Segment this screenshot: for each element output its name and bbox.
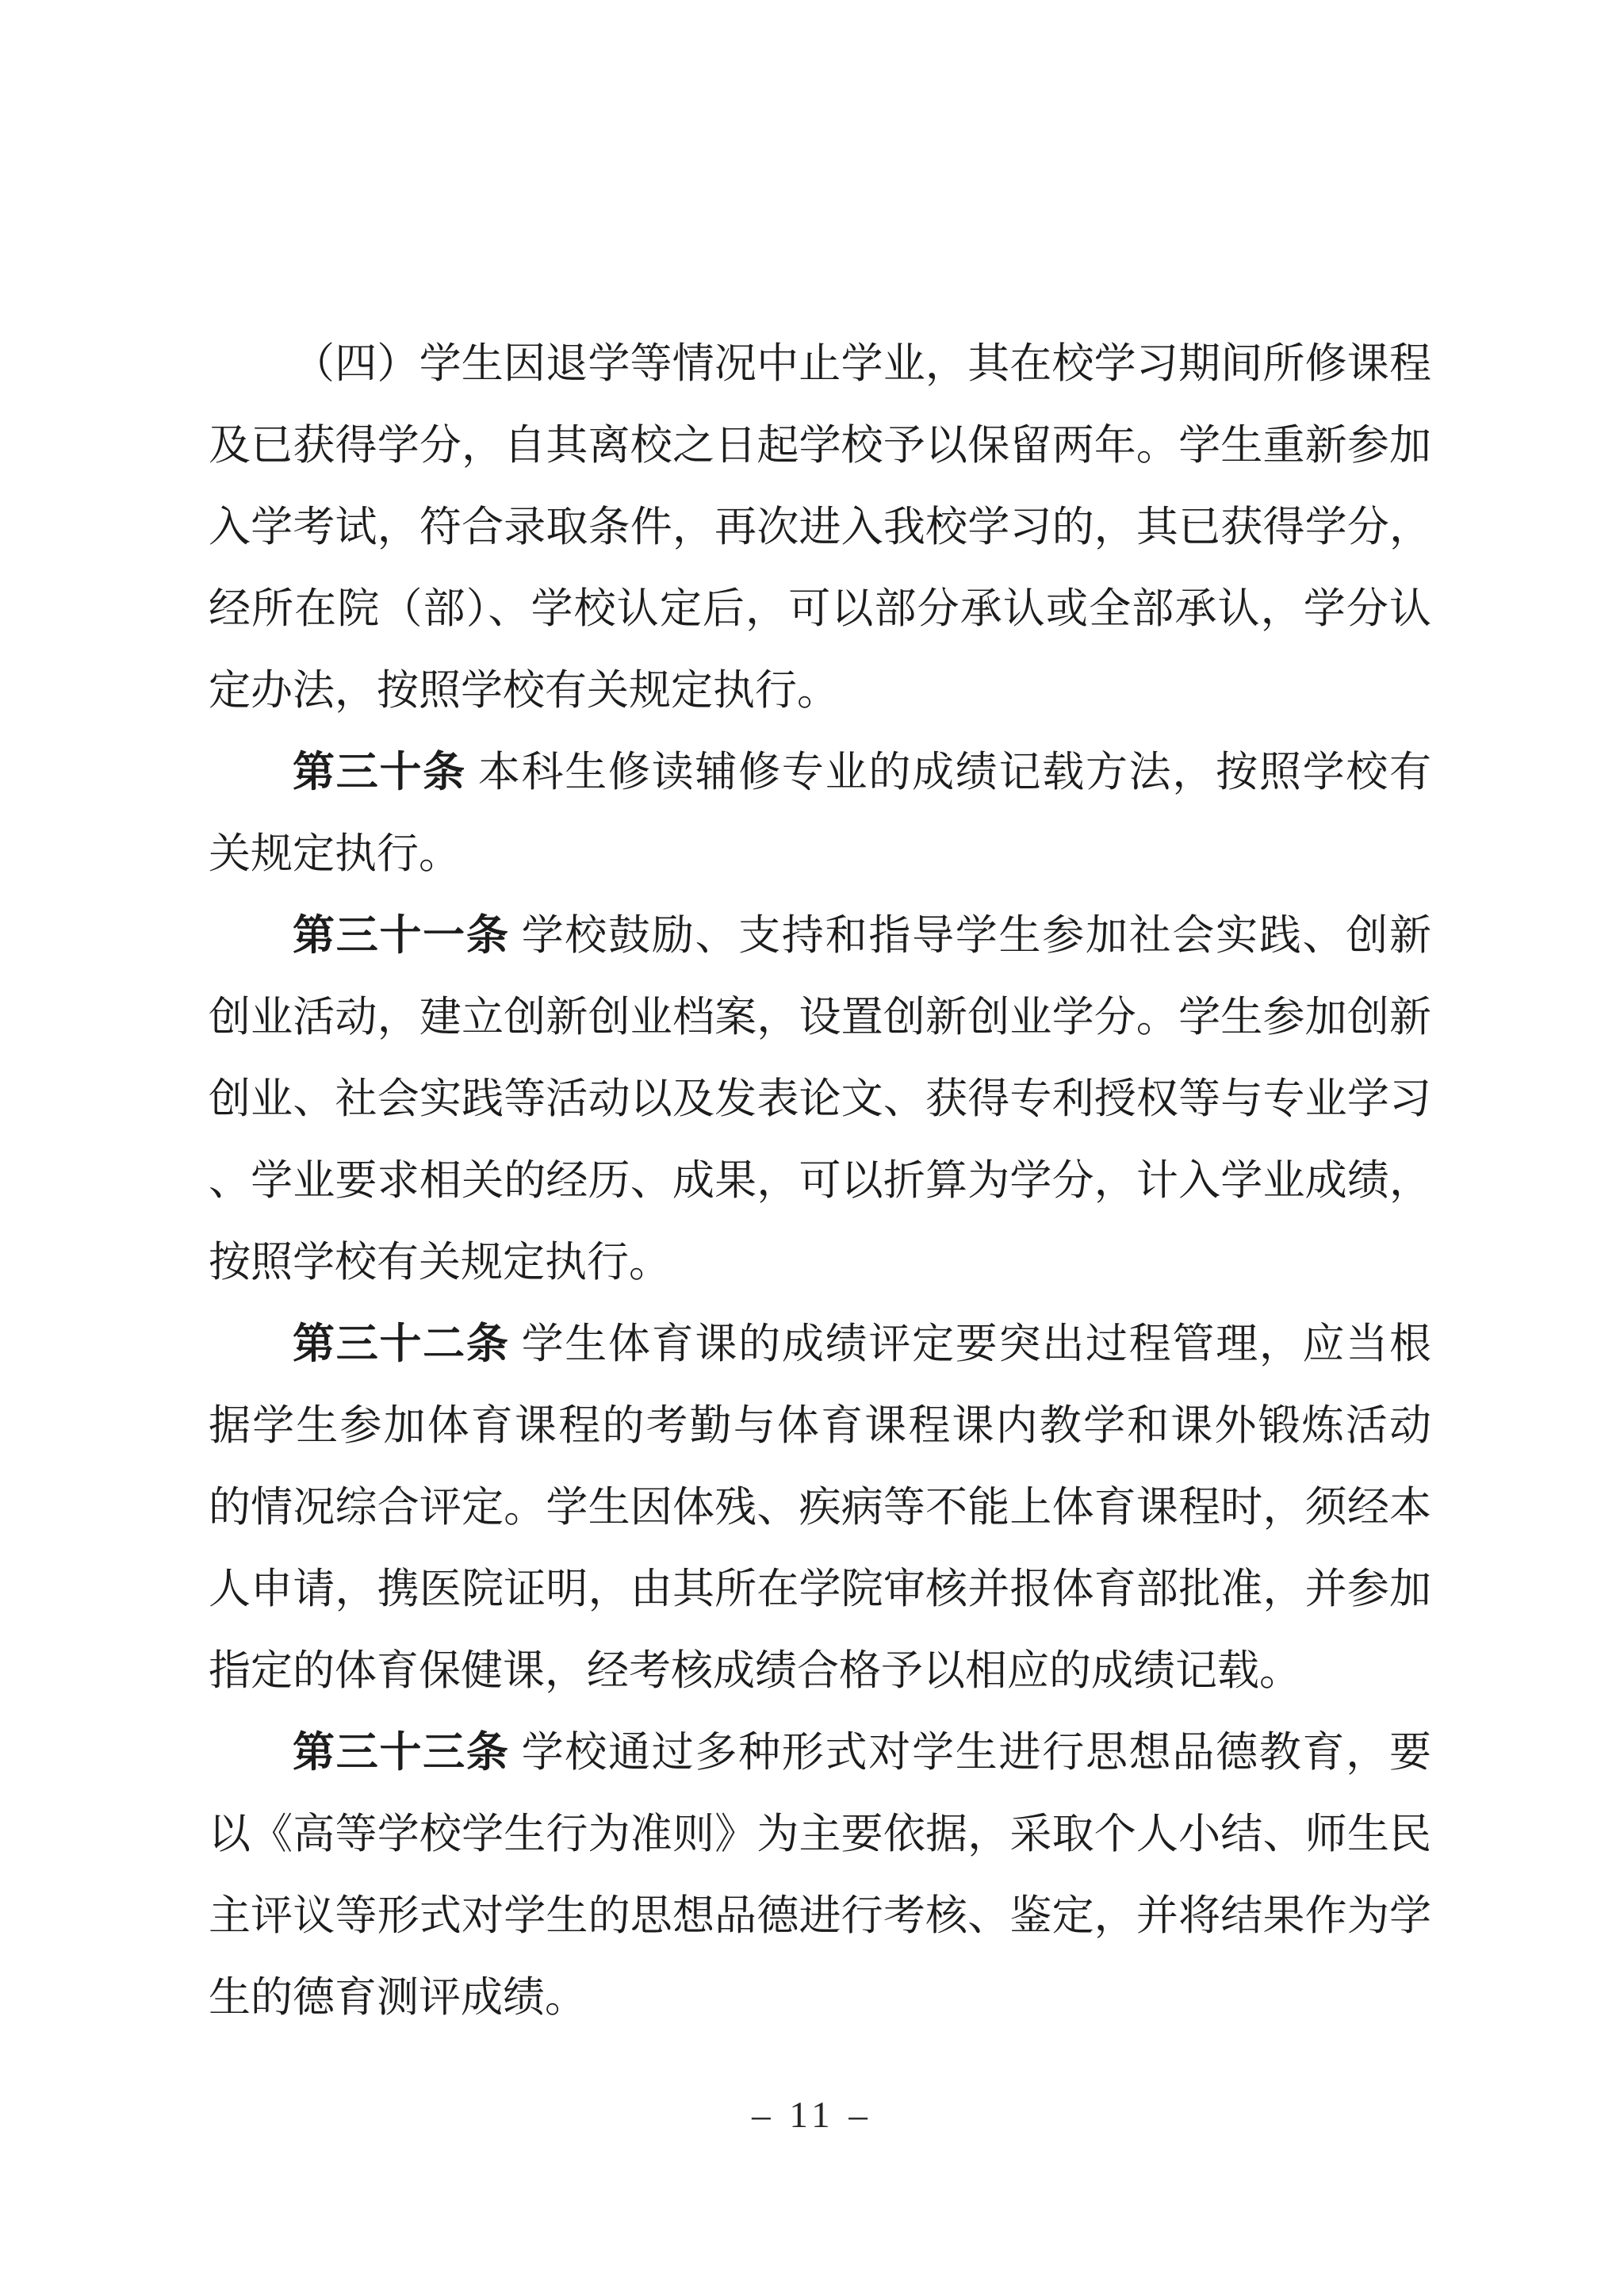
text-line: 及已获得学分，自其离校之日起学校予以保留两年。学生重新参加 xyxy=(209,405,1431,487)
page-number: – 11 – xyxy=(0,2094,1624,2137)
line-text: 关规定执行。 xyxy=(209,831,461,877)
text-line: 经所在院（部）、学校认定后，可以部分承认或全部承认，学分认 xyxy=(209,569,1431,650)
text-line: 创业活动，建立创新创业档案，设置创新创业学分。学生参加创新 xyxy=(209,977,1431,1059)
line-text: 据学生参加体育课程的考勤与体育课程课内教学和课外锻炼活动 xyxy=(209,1403,1431,1449)
line-text: 按照学校有关规定执行。 xyxy=(209,1240,671,1286)
line-text: 人申请，携医院证明，由其所在学院审核并报体育部批准，并参加 xyxy=(209,1566,1431,1612)
document-page: （四）学生因退学等情况中止学业，其在校学习期间所修课程及已获得学分，自其离校之日… xyxy=(0,0,1624,2296)
article-number-label: 第三十三条 xyxy=(293,1730,510,1776)
line-text: 入学考试，符合录取条件，再次进入我校学习的，其已获得学分， xyxy=(209,504,1431,550)
line-text: 以《高等学校学生行为准则》为主要依据，采取个人小结、师生民 xyxy=(209,1811,1431,1857)
line-text: 主评议等形式对学生的思想品德进行考核、鉴定，并将结果作为学 xyxy=(209,1893,1431,1939)
paragraph-clause-4-continuation: （四）学生因退学等情况中止学业，其在校学习期间所修课程及已获得学分，自其离校之日… xyxy=(209,324,1431,732)
text-line: 、学业要求相关的经历、成果，可以折算为学分，计入学业成绩， xyxy=(209,1140,1431,1222)
line-text: 学校通过多种形式对学生进行思想品德教育，要 xyxy=(510,1730,1431,1776)
text-line: 关规定执行。 xyxy=(209,814,1431,895)
line-text: 学校鼓励、支持和指导学生参加社会实践、创新 xyxy=(510,913,1431,959)
text-line: 人申请，携医院证明，由其所在学院审核并报体育部批准，并参加 xyxy=(209,1549,1431,1631)
line-text: 创业、社会实践等活动以及发表论文、获得专利授权等与专业学习 xyxy=(209,1076,1431,1122)
text-line: 定办法，按照学校有关规定执行。 xyxy=(209,650,1431,732)
text-line: 据学生参加体育课程的考勤与体育课程课内教学和课外锻炼活动 xyxy=(209,1386,1431,1467)
text-line: 入学考试，符合录取条件，再次进入我校学习的，其已获得学分， xyxy=(209,487,1431,569)
line-text: 生的德育测评成绩。 xyxy=(209,1975,587,2021)
line-text: 本科生修读辅修专业的成绩记载方法，按照学校有 xyxy=(466,749,1431,795)
line-text: 学生体育课的成绩评定要突出过程管理，应当根 xyxy=(510,1321,1431,1367)
paragraph-article-30: 第三十条 本科生修读辅修专业的成绩记载方法，按照学校有关规定执行。 xyxy=(209,732,1431,895)
text-line: 主评议等形式对学生的思想品德进行考核、鉴定，并将结果作为学 xyxy=(209,1876,1431,1957)
text-line: 第三十三条 学校通过多种形式对学生进行思想品德教育，要 xyxy=(209,1712,1431,1794)
text-line: 第三十二条 学生体育课的成绩评定要突出过程管理，应当根 xyxy=(209,1304,1431,1386)
text-line: 按照学校有关规定执行。 xyxy=(209,1222,1431,1304)
line-text: （四）学生因退学等情况中止学业，其在校学习期间所修课程 xyxy=(293,341,1431,387)
text-line: 的情况综合评定。学生因体残、疾病等不能上体育课程时，须经本 xyxy=(209,1467,1431,1549)
paragraph-article-31: 第三十一条 学校鼓励、支持和指导学生参加社会实践、创新创业活动，建立创新创业档案… xyxy=(209,895,1431,1304)
text-line: （四）学生因退学等情况中止学业，其在校学习期间所修课程 xyxy=(209,324,1431,405)
line-text: 创业活动，建立创新创业档案，设置创新创业学分。学生参加创新 xyxy=(209,995,1431,1041)
text-line: 创业、社会实践等活动以及发表论文、获得专利授权等与专业学习 xyxy=(209,1059,1431,1140)
text-line: 指定的体育保健课，经考核成绩合格予以相应的成绩记载。 xyxy=(209,1631,1431,1712)
line-text: 的情况综合评定。学生因体残、疾病等不能上体育课程时，须经本 xyxy=(209,1485,1431,1531)
article-number-label: 第三十二条 xyxy=(293,1321,510,1367)
text-line: 生的德育测评成绩。 xyxy=(209,1957,1431,2039)
article-number-label: 第三十条 xyxy=(293,749,466,795)
text-line: 第三十一条 学校鼓励、支持和指导学生参加社会实践、创新 xyxy=(209,895,1431,977)
text-line: 第三十条 本科生修读辅修专业的成绩记载方法，按照学校有 xyxy=(209,732,1431,814)
line-text: 、学业要求相关的经历、成果，可以折算为学分，计入学业成绩， xyxy=(209,1158,1431,1204)
paragraph-article-32: 第三十二条 学生体育课的成绩评定要突出过程管理，应当根据学生参加体育课程的考勤与… xyxy=(209,1304,1431,1712)
line-text: 及已获得学分，自其离校之日起学校予以保留两年。学生重新参加 xyxy=(209,423,1431,469)
paragraph-article-33: 第三十三条 学校通过多种形式对学生进行思想品德教育，要以《高等学校学生行为准则》… xyxy=(209,1712,1431,2039)
document-body: （四）学生因退学等情况中止学业，其在校学习期间所修课程及已获得学分，自其离校之日… xyxy=(209,324,1431,2039)
line-text: 经所在院（部）、学校认定后，可以部分承认或全部承认，学分认 xyxy=(209,586,1431,632)
line-text: 定办法，按照学校有关规定执行。 xyxy=(209,668,839,714)
line-text: 指定的体育保健课，经考核成绩合格予以相应的成绩记载。 xyxy=(209,1648,1301,1694)
article-number-label: 第三十一条 xyxy=(293,913,510,959)
text-line: 以《高等学校学生行为准则》为主要依据，采取个人小结、师生民 xyxy=(209,1794,1431,1876)
